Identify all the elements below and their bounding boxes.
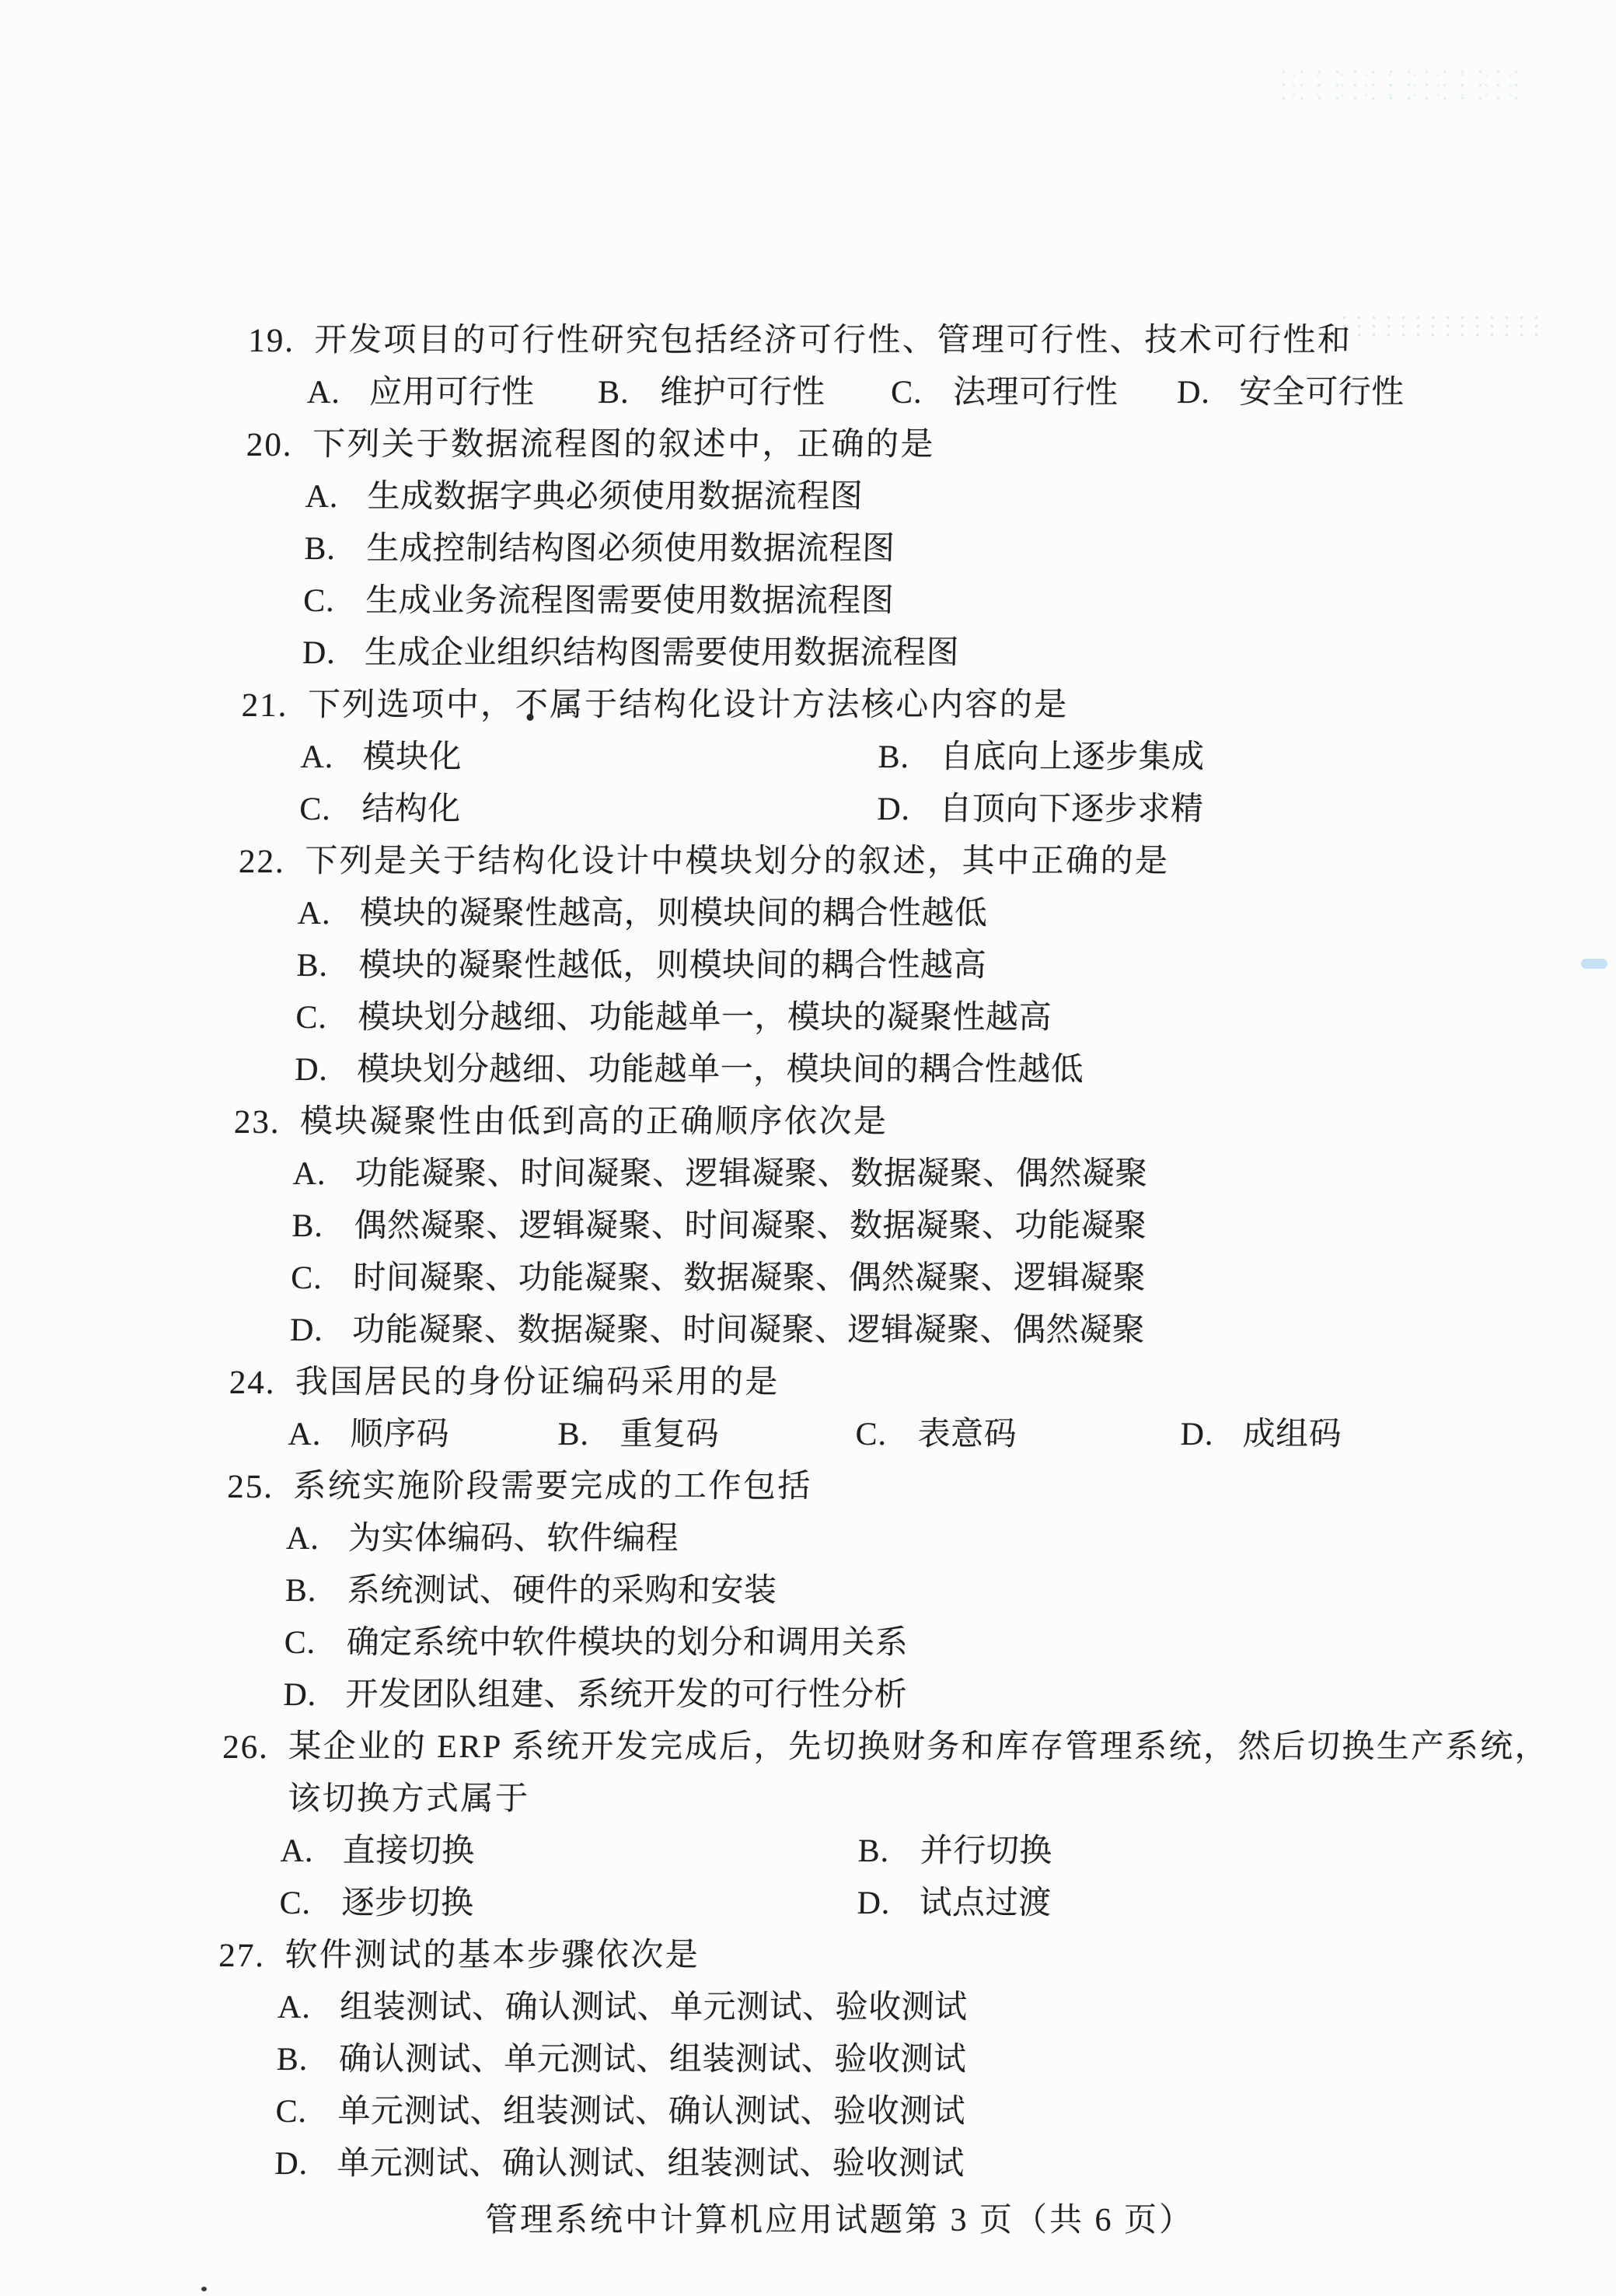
option-B: B.并行切换 [857,1826,1542,1878]
option-letter: D. [274,2138,337,2190]
option-C: C.法理可行性 [891,367,1178,419]
option-C: C.生成业务流程图需要使用数据流程图 [303,575,1565,627]
option-A: A.生成数据字典必须使用数据流程图 [305,471,1567,523]
option-text: 表意码 [917,1417,1017,1452]
option-letter: A. [305,471,368,523]
option-A: A.直接切换 [280,1826,858,1878]
question-stem: 某企业的 ERP 系统开发完成后，先切换财务和库存管理系统，然后切换生产系统，该… [287,1721,1544,1826]
option-A: A.应用可行性 [307,367,599,419]
options: A.功能凝聚、时间凝聚、逻辑凝聚、数据凝聚、偶然凝聚B.偶然凝聚、逻辑凝聚、时间… [289,1148,1555,1357]
question-number: 21. [241,680,288,732]
option-text: 偶然凝聚、逻辑凝聚、时间凝聚、数据凝聚、功能凝聚 [354,1208,1147,1244]
option-letter: A. [277,1982,340,2034]
option-letter: C. [291,1253,354,1305]
option-letter: A. [297,888,360,940]
option-letter: A. [300,732,363,784]
option-B: B.自底向上逐步集成 [878,732,1562,784]
option-text: 结构化 [361,792,461,827]
option-B: B.重复码 [557,1409,856,1461]
option-text: 生成企业组织结构图需要使用数据流程图 [365,635,960,671]
question-stem: 开发项目的可行性研究包括经济可行性、管理可行性、技术可行性和 [314,315,1570,367]
option-D: D.自顶向下逐步求精 [877,784,1562,836]
question-stem: 下列选项中，不属于结构化设计方法核心内容的是 [307,680,1563,732]
option-letter: D. [283,1669,346,1721]
stem-text: 下列关于数据流程图的叙述中，正确的是 [312,427,936,463]
option-text: 模块划分越细、功能越单一，模块间的耦合性越低 [357,1052,1084,1088]
stem-text: 开发项目的可行性研究包括经济可行性、管理可行性、技术可行性和 [314,323,1352,358]
option-letter: A. [292,1148,355,1200]
option-text: 单元测试、组装测试、确认测试、验收测试 [337,2094,965,2130]
option-text: 功能凝聚、时间凝聚、逻辑凝聚、数据凝聚、偶然凝聚 [354,1156,1148,1192]
stem-text: 软件测试的基本步骤依次是 [284,1938,700,1973]
option-C: C.表意码 [855,1409,1181,1461]
option-text: 并行切换 [920,1833,1052,1869]
option-text: 应用可行性 [369,375,535,411]
question-stem: 下列关于数据流程图的叙述中，正确的是 [312,419,1568,471]
option-text: 模块划分越细、功能越单一，模块的凝聚性越高 [358,1000,1052,1036]
option-letter: D. [289,1305,352,1357]
option-text: 生成数据字典必须使用数据流程图 [367,479,863,515]
option-text: 自顶向下逐步求精 [939,792,1204,827]
question-number: 24. [229,1357,276,1409]
option-A: A.顺序码 [288,1409,558,1461]
option-letter: B. [598,367,661,419]
option-letter: B. [296,940,359,992]
option-C: C.单元测试、组装测试、确认测试、验收测试 [275,2086,1537,2138]
scan-artifact-speckles [1275,65,1531,103]
scan-artifact-ink-dot [201,2287,207,2291]
option-letter: B. [857,1826,920,1878]
question-number: 25. [227,1461,274,1513]
option-letter: B. [284,1565,347,1617]
option-letter: C. [891,367,954,419]
option-text: 自底向上逐步集成 [940,739,1205,775]
question-list: 19.开发项目的可行性研究包括经济可行性、管理可行性、技术可行性和A.应用可行性… [215,315,1570,2190]
stem-text: 模块凝聚性由低到高的正确顺序依次是 [300,1104,888,1140]
option-text: 法理可行性 [953,375,1119,411]
option-D: D.试点过渡 [857,1878,1541,1930]
question-19: 19.开发项目的可行性研究包括经济可行性、管理可行性、技术可行性和A.应用可行性… [247,315,1570,419]
option-C: C.逐步切换 [279,1878,857,1930]
option-C: C.时间凝聚、功能凝聚、数据凝聚、偶然凝聚、逻辑凝聚 [291,1253,1553,1305]
option-text: 逐步切换 [341,1885,474,1921]
stem-text: 属于结构化设计方法核心内容的是 [550,687,1069,723]
stem-text: 某企业的 ERP 系统开发完成后，先切换财务和库存管理系统，然后切换生产系统， [288,1729,1550,1765]
option-letter: D. [1180,1409,1243,1461]
option-letter: C. [855,1409,918,1461]
option-letter: D. [857,1878,920,1930]
option-D: D.安全可行性 [1177,367,1569,419]
question-23: 23.模块凝聚性由低到高的正确顺序依次是A.功能凝聚、时间凝聚、逻辑凝聚、数据凝… [229,1096,1555,1357]
option-letter: B. [557,1409,620,1461]
option-text: 确认测试、单元测试、组装测试、验收测试 [338,2042,966,2078]
option-letter: C. [284,1617,347,1669]
emphasized-text: 不 [515,687,550,723]
option-A: A.为实体编码、软件编程 [286,1513,1548,1565]
option-text: 直接切换 [342,1833,475,1869]
stem-text: 我国居民的身份证编码采用的是 [295,1365,780,1400]
option-A: A.模块化 [300,732,878,784]
option-text: 为实体编码、软件编程 [348,1521,679,1557]
option-text: 成组码 [1242,1417,1342,1452]
options: A.直接切换B.并行切换C.逐步切换D.试点过渡 [279,1826,1542,1930]
option-D: D.生成企业组织结构图需要使用数据流程图 [302,627,1564,680]
question-number: 27. [218,1930,266,1982]
page-footer: 管理系统中计算机应用试题第 3 页（共 6 页） [485,2200,1194,2241]
option-D: D.模块划分越细、功能越单一，模块间的耦合性越低 [295,1044,1557,1096]
option-B: B.系统测试、硬件的采购和安装 [284,1565,1547,1617]
option-letter: C. [279,1878,342,1930]
option-text: 模块化 [362,739,462,775]
option-text: 安全可行性 [1239,375,1405,411]
question-number: 20. [246,419,293,471]
option-text: 功能凝聚、数据凝聚、时间凝聚、逻辑凝聚、偶然凝聚 [352,1312,1146,1348]
option-letter: C. [275,2086,338,2138]
question-25: 25.系统实施阶段需要完成的工作包括A.为实体编码、软件编程B.系统测试、硬件的… [223,1461,1549,1721]
question-number: 22. [238,836,285,888]
option-letter: C. [303,575,366,627]
option-letter: A. [288,1409,351,1461]
option-letter: A. [280,1826,343,1878]
option-A: A.组装测试、确认测试、单元测试、验收测试 [277,1982,1539,2034]
option-text: 系统测试、硬件的采购和安装 [347,1573,777,1609]
option-text: 单元测试、确认测试、组装测试、验收测试 [337,2146,965,2182]
option-letter: B. [291,1200,354,1253]
option-letter: D. [1177,367,1240,419]
option-B: B.偶然凝聚、逻辑凝聚、时间凝聚、数据凝聚、功能凝聚 [291,1200,1554,1253]
option-letter: D. [302,627,365,680]
question-stem: 软件测试的基本步骤依次是 [284,1930,1541,1982]
option-B: B.生成控制结构图必须使用数据流程图 [304,523,1566,575]
stem-text: 系统实施阶段需要完成的工作包括 [293,1469,812,1504]
exam-page: 19.开发项目的可行性研究包括经济可行性、管理可行性、技术可行性和A.应用可行性… [0,0,1616,2296]
question-24: 24.我国居民的身份证编码采用的是A.顺序码B.重复码C.表意码D.成组码 [228,1357,1551,1461]
option-text: 模块的凝聚性越高，则模块间的耦合性越低 [359,896,987,931]
question-21: 21.下列选项中，不属于结构化设计方法核心内容的是A.模块化B.自底向上逐步集成… [239,680,1564,836]
options: A.顺序码B.重复码C.表意码D.成组码 [288,1409,1550,1461]
option-B: B.维护可行性 [598,367,892,419]
option-letter: D. [877,784,940,836]
option-text: 组装测试、确认测试、单元测试、验收测试 [340,1990,968,2025]
option-D: D.开发团队组建、系统开发的可行性分析 [283,1669,1545,1721]
option-letter: B. [304,523,367,575]
option-letter: C. [295,992,358,1044]
option-letter: B. [878,732,941,784]
question-stem: 系统实施阶段需要完成的工作包括 [293,1461,1549,1513]
option-C: C.结构化 [299,784,878,836]
option-text: 生成控制结构图必须使用数据流程图 [366,531,895,567]
option-C: C.模块划分越细、功能越单一，模块的凝聚性越高 [295,992,1558,1044]
option-D: D.成组码 [1180,1409,1550,1461]
option-D: D.单元测试、确认测试、组装测试、验收测试 [274,2138,1537,2190]
option-text: 生成业务流程图需要使用数据流程图 [365,583,895,619]
options: A.模块的凝聚性越高，则模块间的耦合性越低B.模块的凝聚性越低，则模块间的耦合性… [295,888,1560,1096]
option-B: B.模块的凝聚性越低，则模块间的耦合性越高 [296,940,1558,992]
option-text: 顺序码 [350,1417,449,1452]
option-text: 开发团队组建、系统开发的可行性分析 [345,1677,907,1713]
question-22: 22.下列是关于结构化设计中模块划分的叙述，其中正确的是A.模块的凝聚性越高，则… [235,836,1561,1096]
question-number: 19. [248,315,295,367]
options: A.组装测试、确认测试、单元测试、验收测试B.确认测试、单元测试、组装测试、验收… [274,1982,1540,2190]
scan-artifact-blue-mark [1581,959,1607,969]
question-stem: 模块凝聚性由低到高的正确顺序依次是 [299,1096,1555,1148]
question-stem: 我国居民的身份证编码采用的是 [295,1357,1551,1409]
question-27: 27.软件测试的基本步骤依次是A.组装测试、确认测试、单元测试、验收测试B.确认… [215,1930,1541,2190]
option-C: C.确定系统中软件模块的划分和调用关系 [284,1617,1546,1669]
option-letter: D. [295,1044,358,1096]
options: A.为实体编码、软件编程B.系统测试、硬件的采购和安装C.确定系统中软件模块的划… [283,1513,1548,1721]
stem-text: 该切换方式属于 [288,1781,530,1817]
option-text: 重复码 [620,1417,719,1452]
stem-text: 下列选项中， [307,687,515,723]
option-text: 模块的凝聚性越低，则模块间的耦合性越高 [358,948,986,984]
option-text: 时间凝聚、功能凝聚、数据凝聚、偶然凝聚、逻辑凝聚 [353,1260,1147,1296]
stem-text: 下列是关于结构化设计中模块划分的叙述，其中正确的是 [305,844,1170,879]
options: A.应用可行性B.维护可行性C.法理可行性D.安全可行性 [307,367,1569,419]
options: A.模块化B.自底向上逐步集成C.结构化D.自顶向下逐步求精 [299,732,1562,836]
question-26: 26.某企业的 ERP 系统开发完成后，先切换财务和库存管理系统，然后切换生产系… [219,1721,1544,1930]
option-text: 确定系统中软件模块的划分和调用关系 [346,1625,908,1661]
question-20: 20.下列关于数据流程图的叙述中，正确的是A.生成数据字典必须使用数据流程图B.… [242,419,1568,680]
option-text: 维护可行性 [660,375,825,411]
option-A: A.功能凝聚、时间凝聚、逻辑凝聚、数据凝聚、偶然凝聚 [292,1148,1555,1200]
options: A.生成数据字典必须使用数据流程图B.生成控制结构图必须使用数据流程图C.生成业… [302,471,1567,680]
option-B: B.确认测试、单元测试、组装测试、验收测试 [276,2034,1538,2086]
option-letter: C. [299,784,362,836]
option-A: A.模块的凝聚性越高，则模块间的耦合性越低 [297,888,1559,940]
option-letter: B. [276,2034,339,2086]
option-letter: A. [307,367,370,419]
question-number: 26. [222,1721,270,1774]
option-D: D.功能凝聚、数据凝聚、时间凝聚、逻辑凝聚、偶然凝聚 [289,1305,1551,1357]
question-number: 23. [233,1096,281,1148]
question-stem: 下列是关于结构化设计中模块划分的叙述，其中正确的是 [304,836,1560,888]
option-letter: A. [286,1513,349,1565]
option-text: 试点过渡 [919,1885,1052,1921]
